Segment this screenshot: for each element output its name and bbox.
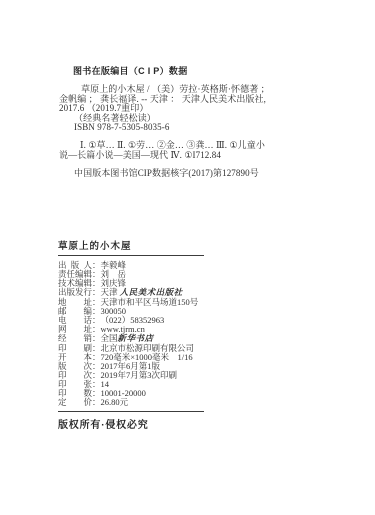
cip-classification-line-2: 说—长篇小说—美国—现代 Ⅳ. ①I712.84 [59,151,325,160]
cip-header: 图书在版编目（C I P）数据 [59,67,325,76]
colophon-row-value: 全国 [101,333,118,343]
colophon-row-value: 26.80元 [101,397,129,407]
colophon-block: 草原上的小木屋 出版人：李毅峰责任编辑：刘 岳技术编辑：刘庆锋出版发行：天津 人… [58,238,204,431]
colophon-row-label: 出版发行 [58,288,92,297]
colophon-row-value: 天津 [101,287,120,297]
colophon-row-colon: ： [92,288,101,297]
colophon-row-colon: ： [92,398,101,407]
colophon-divider [58,411,204,412]
colophon-rows: 出版人：李毅峰责任编辑：刘 岳技术编辑：刘庆锋出版发行：天津 人民美术出版社地址… [58,261,204,407]
copyright-notice: 版权所有·侵权必究 [58,416,204,431]
colophon-row-colon: ： [92,334,101,343]
colophon-row-label: 定价 [58,398,92,407]
colophon-row: 定价：26.80元 [58,398,204,407]
book-copyright-page: { "cip": { "header": "图书在版编目（C I P）数据", … [0,0,375,515]
cip-isbn: ISBN 978-7-5305-8035-6 [59,123,325,132]
book-title: 草原上的小木屋 [58,238,204,256]
colophon-row-label: 经销 [58,334,92,343]
cip-record-number: 中国版本图书馆CIP数据核字(2017)第127890号 [59,169,325,178]
colophon-row-value: 2019年7月第3次印刷 [101,370,178,380]
cip-data-block: 图书在版编目（C I P）数据 草原上的小木屋 / （美）劳拉·英格斯·怀德著 … [59,67,325,179]
